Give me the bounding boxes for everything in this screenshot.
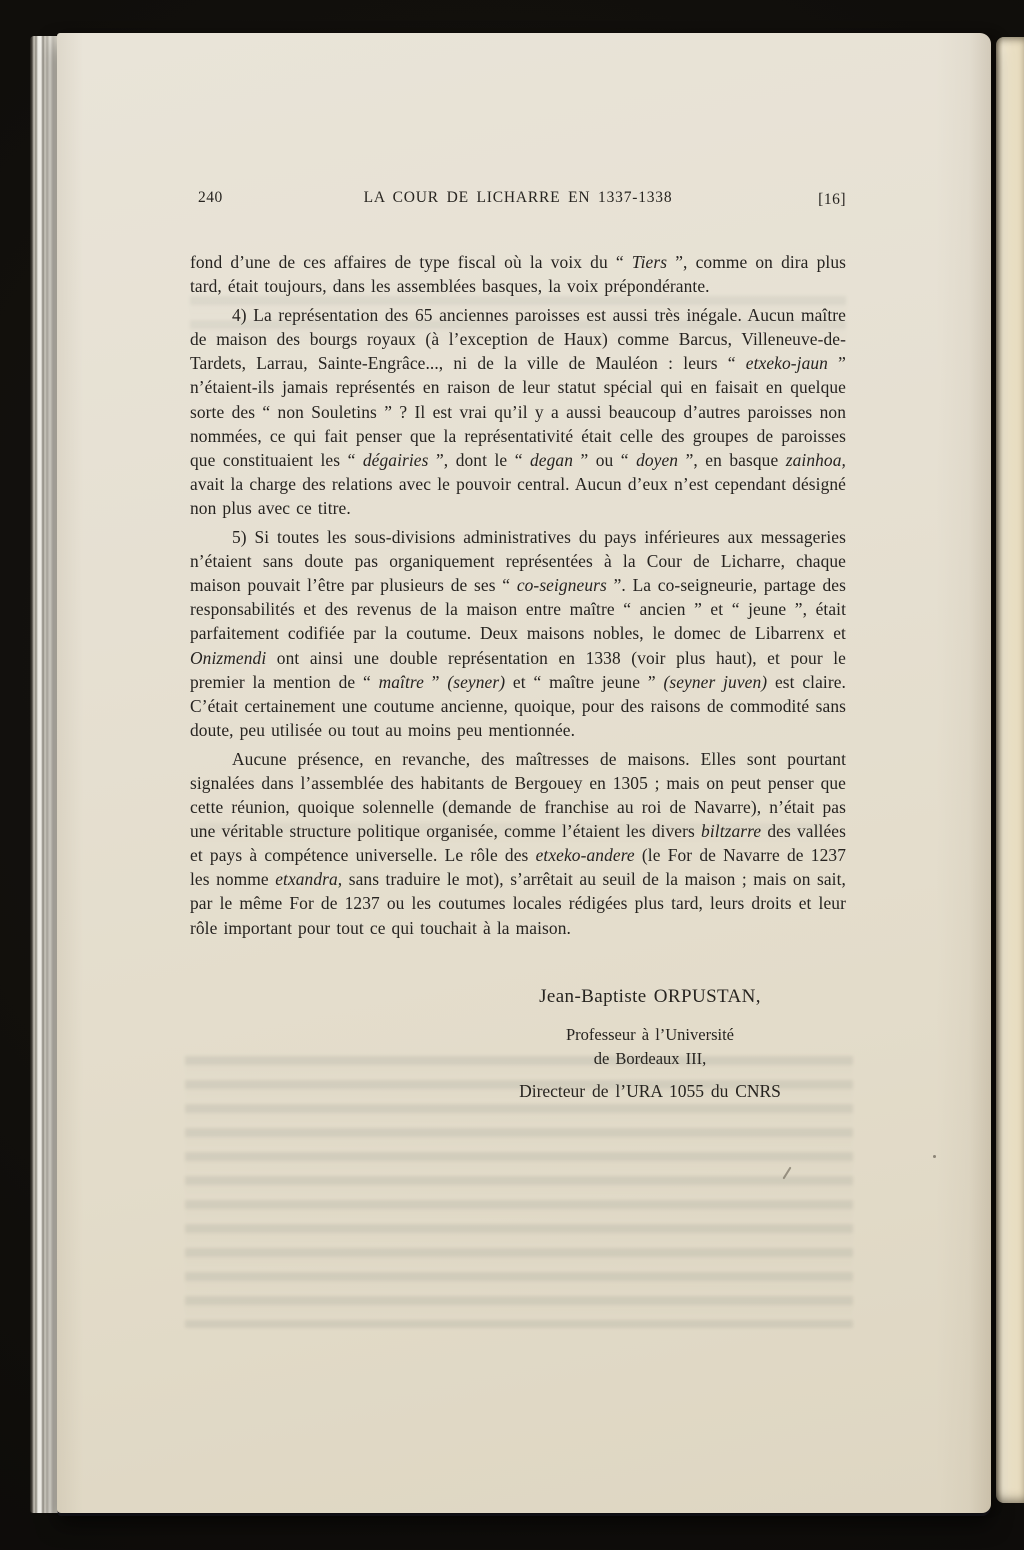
italic-text-segment: doyen: [636, 450, 678, 470]
italic-text-segment: etxeko-andere: [536, 845, 635, 865]
signature-block: Jean-Baptiste ORPUSTAN, Professeur à l’U…: [450, 986, 850, 1103]
running-title: LA COUR DE LICHARRE EN 1337-1338: [190, 188, 846, 207]
body-paragraph: 5) Si toutes les sous-divisions administ…: [190, 525, 846, 742]
italic-text-segment: Onizmendi: [190, 648, 266, 668]
paper-speck: [933, 1155, 936, 1158]
italic-text-segment: biltzarre: [701, 821, 761, 841]
italic-text-segment: dégairies: [363, 450, 429, 470]
paper-mark: [782, 1167, 791, 1180]
italic-text-segment: (seyner juven): [663, 672, 767, 692]
text-segment: fond d’une de ces affaires de type fisca…: [190, 252, 632, 272]
scanned-book-spread: 240 LA COUR DE LICHARRE EN 1337-1338 [16…: [0, 0, 1024, 1550]
italic-text-segment: zainhoa,: [786, 450, 846, 470]
book-page: 240 LA COUR DE LICHARRE EN 1337-1338 [16…: [57, 33, 991, 1513]
text-segment: ”, en basque: [678, 450, 786, 470]
italic-text-segment: degan: [530, 450, 573, 470]
text-segment: et “ maître jeune ”: [505, 672, 663, 692]
article-body: fond d’une de ces affaires de type fisca…: [190, 250, 846, 940]
italic-text-segment: etxandra,: [275, 869, 342, 889]
signature-author: Jean-Baptiste ORPUSTAN,: [450, 986, 850, 1008]
italic-text-segment: etxeko-jaun: [746, 353, 828, 373]
facing-page-sliver: [996, 37, 1024, 1503]
italic-text-segment: Tiers: [632, 252, 667, 272]
italic-text-segment: co-seigneurs: [517, 575, 607, 595]
text-column: 240 LA COUR DE LICHARRE EN 1337-1338 [16…: [190, 188, 846, 1103]
body-paragraph: 4) La représentation des 65 anciennes pa…: [190, 303, 846, 520]
text-segment: ”, dont le “: [429, 450, 530, 470]
signature-role-line: Professeur à l’Université: [450, 1023, 850, 1047]
page-edge-stack: [30, 36, 58, 1513]
text-segment: avait la charge des relations avec le po…: [190, 474, 846, 518]
text-segment: ” ou “: [573, 450, 636, 470]
text-segment: ”: [424, 672, 447, 692]
signature-role-line: de Bordeaux III,: [450, 1047, 850, 1071]
body-paragraph: Aucune présence, en revanche, des maître…: [190, 747, 846, 940]
page-reference-number: [16]: [818, 190, 846, 209]
body-paragraph: fond d’une de ces affaires de type fisca…: [190, 250, 846, 298]
page-header: 240 LA COUR DE LICHARRE EN 1337-1338 [16…: [190, 188, 846, 207]
italic-text-segment: maître: [379, 672, 424, 692]
signature-role-line: Directeur de l’URA 1055 du CNRS: [450, 1079, 850, 1103]
italic-text-segment: (seyner): [447, 672, 505, 692]
